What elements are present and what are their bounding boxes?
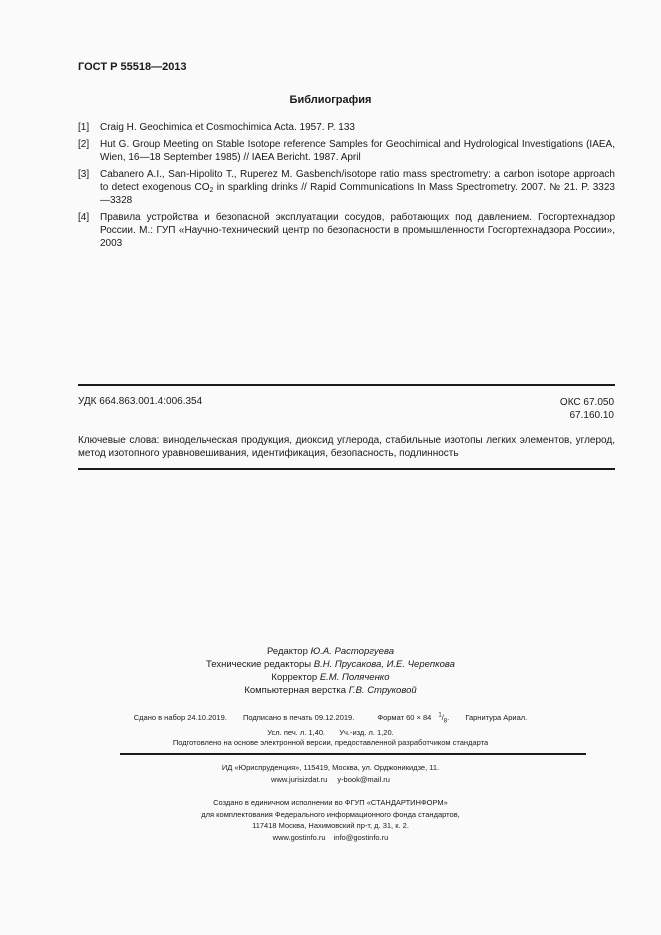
credit-tech-editors: Технические редакторы В.Н. Прусакова, И.… [0,658,661,671]
divider-publisher [120,753,586,755]
publisher-contacts: www.jurisizdat.ruy-book@mail.ru [0,774,661,786]
bibliography-item: [1] Craig H. Geochimica et Cosmochimica … [78,121,615,134]
print-info-row-1: Сдано в набор 24.10.2019. Подписано в пе… [0,709,661,727]
ref-text: Правила устройства и безопасной эксплуат… [100,211,615,250]
keywords-label: Ключевые слова: [78,435,159,446]
credits-block: Редактор Ю.А. Расторгуева Технические ре… [0,645,661,697]
ref-number: [1] [78,121,100,134]
credit-corrector: Корректор Е.М. Поляченко [0,671,661,684]
created-address: 117418 Москва, Нахимовский пр-т, д. 31, … [0,820,661,832]
publisher-address: ИД «Юриспруденция», 115419, Москва, ул. … [0,762,661,774]
standard-code: ГОСТ Р 55518—2013 [78,61,187,73]
oks-code-2: 67.160.10 [560,409,614,422]
signed-date: Подписано в печать 09.12.2019. [243,713,354,722]
created-contacts: www.gostinfo.ruinfo@gostinfo.ru [0,832,661,844]
format-suffix: . [447,713,449,722]
created-line-2: для комплектования Федерального информац… [0,809,661,821]
submitted-date: Сдано в набор 24.10.2019. [134,713,227,722]
ref-text: Craig H. Geochimica et Cosmochimica Acta… [100,121,615,134]
credit-name: Г.В. Струковой [349,685,417,696]
created-info: Создано в единичном исполнении во ФГУП «… [0,797,661,843]
credit-editor: Редактор Ю.А. Расторгуева [0,645,661,658]
credit-role: Редактор [267,646,311,657]
credit-layout: Компьютерная верстка Г.В. Струковой [0,684,661,697]
bibliography-list: [1] Craig H. Geochimica et Cosmochimica … [78,121,615,254]
publisher-website-link[interactable]: www.jurisizdat.ru [271,775,327,784]
oks-codes: ОКС 67.050 67.160.10 [560,396,614,422]
ref-text: Cabanero A.I., San-Hipolito T., Ruperez … [100,168,615,207]
gostinfo-email-link[interactable]: info@gostinfo.ru [334,833,389,842]
publisher-email-link[interactable]: y-book@mail.ru [337,775,390,784]
format-prefix: Формат 60 × 84 [377,713,431,722]
ref-text: Hut G. Group Meeting on Stable Isotope r… [100,138,615,164]
keywords: Ключевые слова: винодельческая продукция… [78,434,615,460]
divider-keywords [78,468,615,470]
divider-top [78,384,615,386]
credit-role: Компьютерная верстка [244,685,348,696]
ref-number: [2] [78,138,100,164]
udk-code: УДК 664.863.001.4:006.354 [78,396,202,407]
publisher-sheets: Уч.-изд. л. 1,20. [339,728,394,737]
prepared-note: Подготовлено на основе электронной верси… [0,738,661,747]
credit-name: Е.М. Поляченко [320,672,390,683]
credit-name: Ю.А. Расторгуева [311,646,394,657]
print-info: Сдано в набор 24.10.2019. Подписано в пе… [0,709,661,739]
bibliography-item: [2] Hut G. Group Meeting on Stable Isoto… [78,138,615,164]
typeface: Гарнитура Ариал. [465,713,527,722]
ref-number: [3] [78,168,100,207]
credit-role: Технические редакторы [206,659,314,670]
publisher-info: ИД «Юриспруденция», 115419, Москва, ул. … [0,762,661,786]
bibliography-item: [3] Cabanero A.I., San-Hipolito T., Rupe… [78,168,615,207]
created-line-1: Создано в единичном исполнении во ФГУП «… [0,797,661,809]
section-title: Библиография [0,94,661,106]
print-sheets: Усл. печ. л. 1,40. [267,728,325,737]
credit-role: Корректор [271,672,319,683]
gostinfo-website-link[interactable]: www.gostinfo.ru [273,833,326,842]
oks-code-1: ОКС 67.050 [560,396,614,409]
bibliography-item: [4] Правила устройства и безопасной эксп… [78,211,615,250]
paper-format: Формат 60 × 841/8. [370,713,449,722]
credit-name: В.Н. Прусакова, И.Е. Черепкова [314,659,455,670]
keywords-text: винодельческая продукция, диоксид углеро… [78,435,615,459]
ref-number: [4] [78,211,100,250]
